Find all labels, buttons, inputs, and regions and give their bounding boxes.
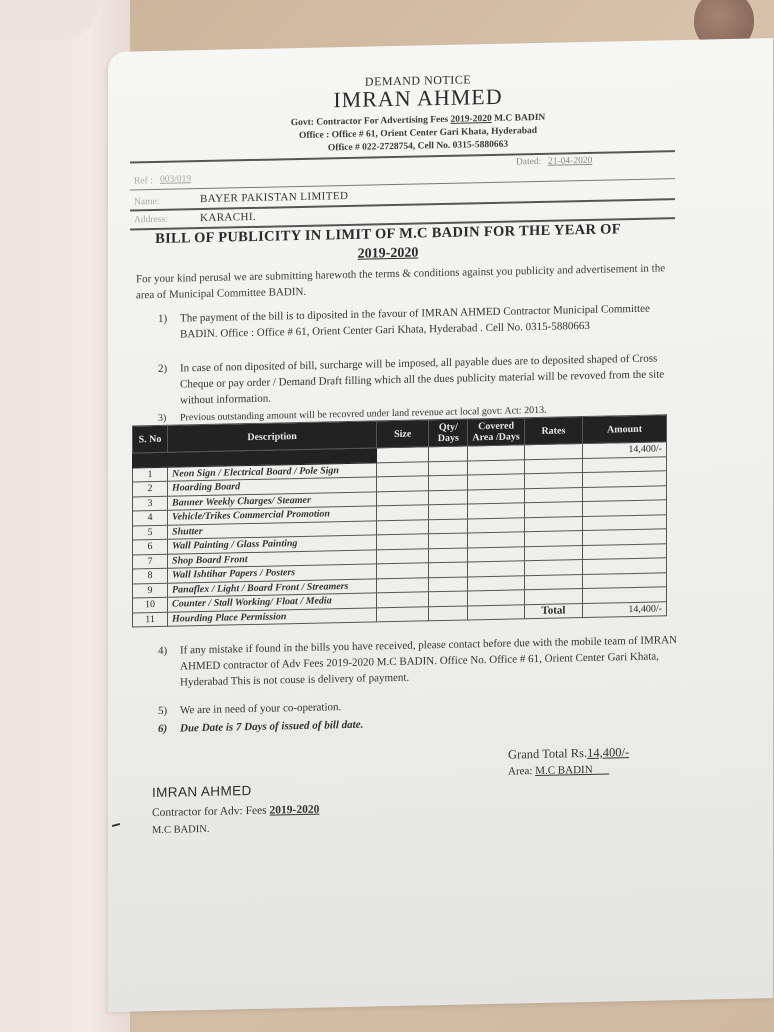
rates-cell bbox=[524, 502, 582, 518]
col-size: Size bbox=[377, 420, 429, 448]
grand-total: Grand Total Rs.14,400/- bbox=[508, 745, 629, 763]
cell bbox=[133, 452, 168, 467]
area-value: M.C BADIN bbox=[535, 764, 592, 777]
qty-cell bbox=[429, 605, 468, 620]
qty-cell bbox=[429, 475, 468, 490]
qty-cell bbox=[429, 518, 468, 533]
cell bbox=[468, 445, 524, 461]
size-cell bbox=[377, 592, 429, 608]
total-label: Total bbox=[524, 603, 582, 619]
ref-divider bbox=[130, 178, 675, 190]
amount-cell: 14,400/- bbox=[583, 442, 667, 458]
qty-cell bbox=[429, 591, 468, 606]
qty-cell bbox=[429, 576, 468, 591]
covered-cell bbox=[468, 561, 524, 577]
ref-label: Ref : bbox=[134, 176, 153, 186]
covered-cell bbox=[468, 546, 524, 562]
signature-title: Contractor for Adv: Fees 2019-2020 bbox=[152, 804, 319, 820]
size-cell bbox=[377, 476, 429, 492]
qty-cell bbox=[429, 460, 468, 475]
term-text: We are in need of your co-operation. bbox=[180, 701, 341, 716]
sno-cell: 6 bbox=[133, 539, 168, 554]
header-line-1-suffix: M.C BADIN bbox=[492, 113, 546, 124]
name-label: Name: bbox=[134, 197, 159, 208]
rates-cell bbox=[524, 473, 582, 489]
sno-cell: 11 bbox=[133, 612, 168, 627]
grand-total-value: 14,400/- bbox=[587, 745, 629, 760]
cell bbox=[377, 447, 429, 463]
sno-cell: 4 bbox=[133, 510, 168, 525]
term-number: 2) bbox=[158, 361, 167, 377]
rates-cell bbox=[524, 516, 582, 532]
rates-cell bbox=[524, 531, 582, 547]
customer-address: KARACHI. bbox=[200, 211, 256, 224]
term-number: 5) bbox=[158, 703, 167, 719]
qty-cell bbox=[429, 504, 468, 519]
address-label: Address: bbox=[134, 215, 168, 226]
sno-cell: 2 bbox=[133, 481, 168, 496]
bill-table: S. No Description Size Qty/ Days Covered… bbox=[132, 414, 667, 627]
rates-cell bbox=[524, 574, 582, 590]
covered-cell bbox=[468, 590, 524, 606]
qty-cell bbox=[429, 547, 468, 562]
size-cell bbox=[377, 606, 429, 622]
covered-cell bbox=[468, 488, 524, 504]
rates-cell bbox=[524, 458, 582, 474]
sno-cell: 8 bbox=[133, 568, 168, 583]
demand-notice-document: DEMAND NOTICE IMRAN AHMED Govt: Contract… bbox=[108, 38, 773, 1012]
size-cell bbox=[377, 519, 429, 535]
term-number: 1) bbox=[158, 311, 167, 327]
term-number: 6) bbox=[158, 721, 167, 737]
covered-cell bbox=[468, 532, 524, 548]
grand-total-label: Grand Total Rs. bbox=[508, 746, 587, 762]
term-1: 1)The payment of the bill is to diposite… bbox=[180, 300, 670, 342]
header-year: 2019-2020 bbox=[451, 114, 492, 125]
col-sno: S. No bbox=[133, 425, 168, 453]
term-text: Due Date is 7 Days of issued of bill dat… bbox=[180, 719, 363, 735]
customer-name: BAYER PAKISTAN LIMITED bbox=[200, 190, 348, 205]
term-2: 2)In case of non diposited of bill, surc… bbox=[180, 350, 670, 408]
dated-value: 21-04-2020 bbox=[548, 156, 592, 167]
qty-cell bbox=[429, 562, 468, 577]
qty-cell bbox=[429, 533, 468, 548]
dated-label: Dated: bbox=[516, 157, 541, 168]
signature-area: M.C BADIN. bbox=[152, 824, 209, 836]
bill-intro: For your kind perusal we are submitting … bbox=[136, 260, 676, 303]
col-amount: Amount bbox=[583, 415, 667, 444]
rates-cell bbox=[524, 560, 582, 576]
area-label: Area: bbox=[508, 765, 535, 778]
page-fold bbox=[0, 0, 100, 40]
signature-name: IMRAN AHMED bbox=[152, 783, 252, 800]
col-covered-area: Covered Area /Days bbox=[468, 418, 524, 446]
ref-value: 003/019 bbox=[160, 174, 191, 185]
sno-cell: 5 bbox=[133, 525, 168, 540]
covered-cell bbox=[468, 517, 524, 533]
size-cell bbox=[377, 534, 429, 550]
covered-cell bbox=[468, 459, 524, 475]
header-line-1-prefix: Govt: Contractor For Advertising Fees bbox=[291, 115, 451, 128]
signature-title-prefix: Contractor for Adv: Fees bbox=[152, 805, 270, 819]
size-cell bbox=[377, 490, 429, 506]
col-qty-days: Qty/ Days bbox=[429, 419, 468, 447]
term-text: If any mistake if found in the bills you… bbox=[180, 634, 677, 688]
sno-cell: 9 bbox=[133, 583, 168, 598]
covered-cell bbox=[468, 575, 524, 591]
covered-cell bbox=[468, 503, 524, 519]
term-4: 4)If any mistake if found in the bills y… bbox=[180, 632, 680, 690]
rates-cell bbox=[524, 545, 582, 561]
col-rates: Rates bbox=[524, 417, 582, 445]
size-cell bbox=[377, 461, 429, 477]
rates-cell bbox=[524, 487, 582, 503]
covered-cell bbox=[468, 474, 524, 490]
size-cell bbox=[377, 563, 429, 579]
sno-cell: 7 bbox=[133, 554, 168, 569]
size-cell bbox=[377, 548, 429, 564]
cell bbox=[524, 444, 582, 460]
signature-year: 2019-2020 bbox=[270, 804, 320, 817]
size-cell bbox=[377, 505, 429, 521]
term-text: In case of non diposited of bill, surcha… bbox=[180, 352, 664, 406]
qty-cell bbox=[429, 489, 468, 504]
covered-cell bbox=[468, 604, 524, 620]
term-number: 4) bbox=[158, 643, 167, 659]
size-cell bbox=[377, 577, 429, 593]
total-value: 14,400/- bbox=[583, 601, 667, 617]
term-text: The payment of the bill is to diposited … bbox=[180, 303, 650, 341]
sno-cell: 1 bbox=[133, 467, 168, 482]
rates-cell bbox=[524, 589, 582, 605]
sno-cell: 10 bbox=[133, 597, 168, 612]
area: Area: M.C BADIN bbox=[508, 764, 609, 778]
sno-cell: 3 bbox=[133, 496, 168, 511]
cell bbox=[429, 446, 468, 461]
